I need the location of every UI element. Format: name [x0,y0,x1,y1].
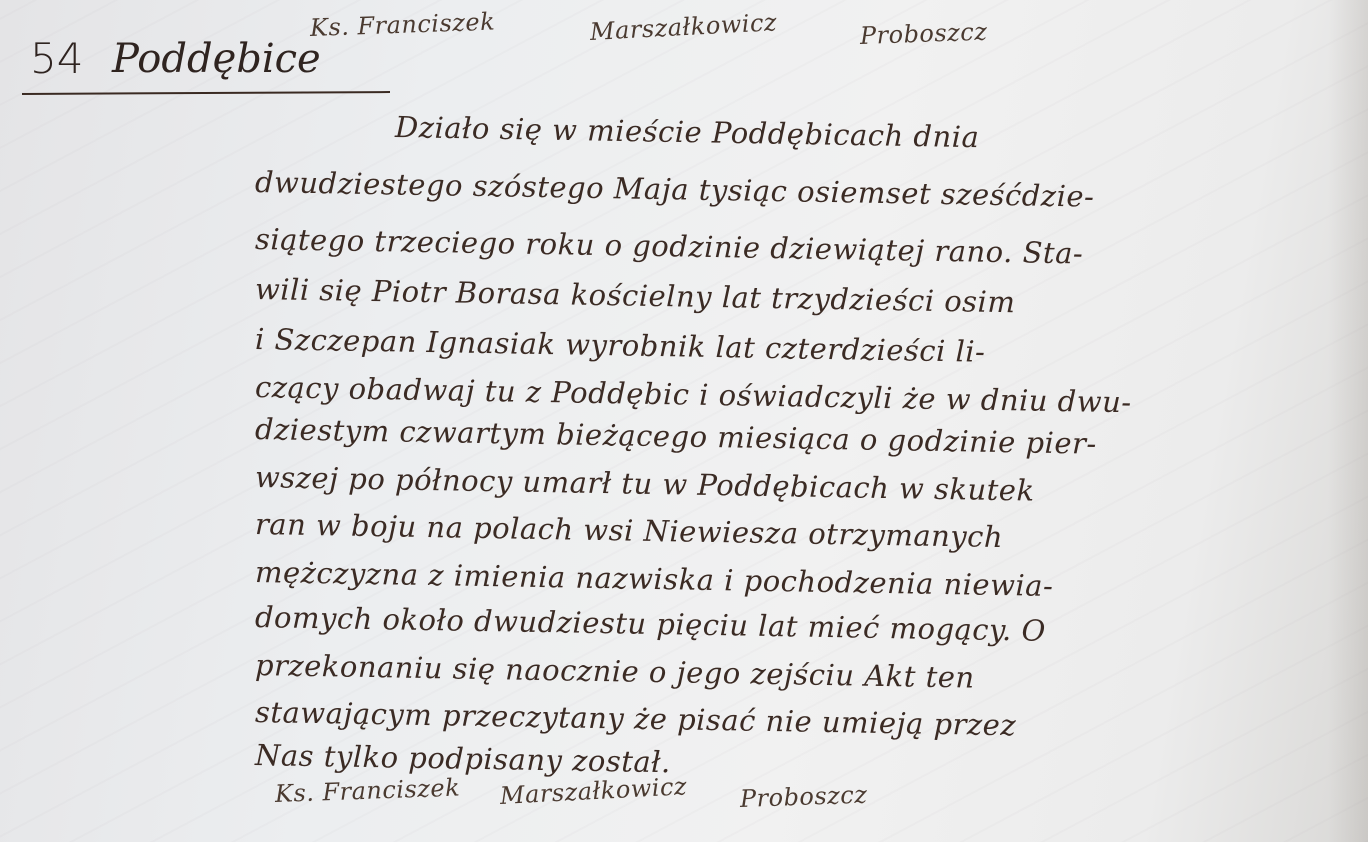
margin-entry-heading: 54 Poddębice [22,22,392,102]
record-line-7: dziestym czwartym bieżącego miesiąca o g… [255,412,1097,461]
bottom-signature-surname: Marszałkowicz [499,772,687,810]
record-line-10: mężczyzna z imienia nazwiska i pochodzen… [255,555,1054,603]
record-line-2: dwudziestego szóstego Maja tysiąc osiems… [255,165,1095,214]
record-line-8: wszej po północy umarł tu w Poddębicach … [255,460,1035,508]
record-line-4: wili się Piotr Borasa kościelny lat trzy… [255,272,1016,319]
bottom-signature-role: Proboszcz [740,781,868,813]
top-signature-surname: Marszałkowicz [589,8,777,46]
record-line-9: ran w boju na polach wsi Niewiesza otrzy… [255,507,1004,554]
entry-place: Poddębice [112,36,321,82]
bottom-signature-priest-title: Ks. Franciszek [275,774,461,808]
record-line-1: Działo się w mieście Poddębicach dnia [395,110,980,154]
record-line-12: przekonaniu się naocznie o jego zejściu … [255,648,975,695]
record-line-5: i Szczepan Ignasiak wyrobnik lat czterdz… [255,322,986,369]
entry-number: 54 [30,34,83,83]
record-line-11: domych około dwudziestu pięciu lat mieć … [255,600,1046,648]
record-line-14: Nas tylko podpisany został. [255,738,671,779]
top-signature-role: Proboszcz [860,18,988,50]
page-edge-shadow [1328,0,1368,842]
record-line-6: czący obadwaj tu z Poddębic i oświadczyl… [255,370,1132,419]
record-line-13: stawającym przeczytany że pisać nie umie… [255,695,1017,742]
heading-underline [22,91,390,95]
record-line-3: siątego trzeciego roku o godzinie dziewi… [255,222,1084,270]
